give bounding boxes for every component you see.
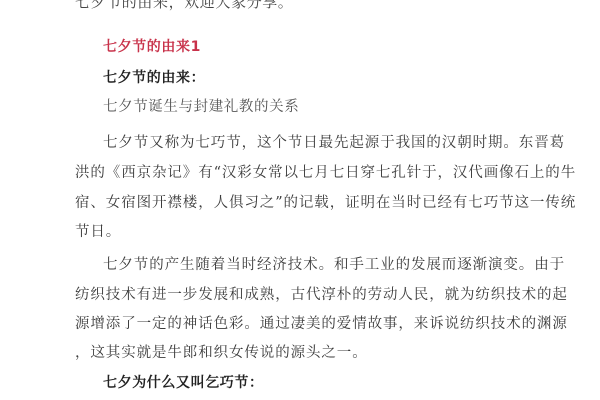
paragraph-line: 七夕节又称为七巧节，这个节日最先起源于我国的汉朝时期。东晋葛: [103, 133, 565, 153]
heading-origin: 七夕节的由来：: [103, 68, 205, 88]
paragraph-line: ，这其实就是牛郎和织女传说的源头之一。: [75, 343, 368, 363]
paragraph-line: 源增添了一定的神话色彩。通过凄美的爱情故事，来诉说纺织技术的渊源: [75, 314, 568, 334]
intro-line: 七夕节的由来，欢迎大家分享。: [75, 0, 293, 12]
subheading-feudal-relation: 七夕节诞生与封建礼教的关系: [103, 97, 299, 117]
paragraph-line: 七夕节的产生随着当时经济技术。和手工业的发展而逐渐演变。由于: [103, 255, 565, 275]
document-page: 七夕节的由来，欢迎大家分享。 七夕节的由来1 七夕节的由来： 七夕节诞生与封建礼…: [0, 0, 600, 400]
section-title: 七夕节的由来1: [103, 37, 201, 57]
paragraph-line: 宿、女宿图开襟楼，人俱习之”的记载，证明在当时已经有七巧节这一传统: [75, 193, 576, 213]
paragraph-line: 洪的《西京杂记》有“汉彩女常以七月七日穿七孔针于，汉代画像石上的牛: [75, 163, 576, 183]
paragraph-line: 节日。: [75, 222, 121, 242]
heading-qiqiao: 七夕为什么又叫乞巧节：: [103, 373, 264, 393]
paragraph-line: 纺织技术有进一步发展和成熟，古代淳朴的劳动人民，就为纺织技术的起: [75, 285, 568, 305]
